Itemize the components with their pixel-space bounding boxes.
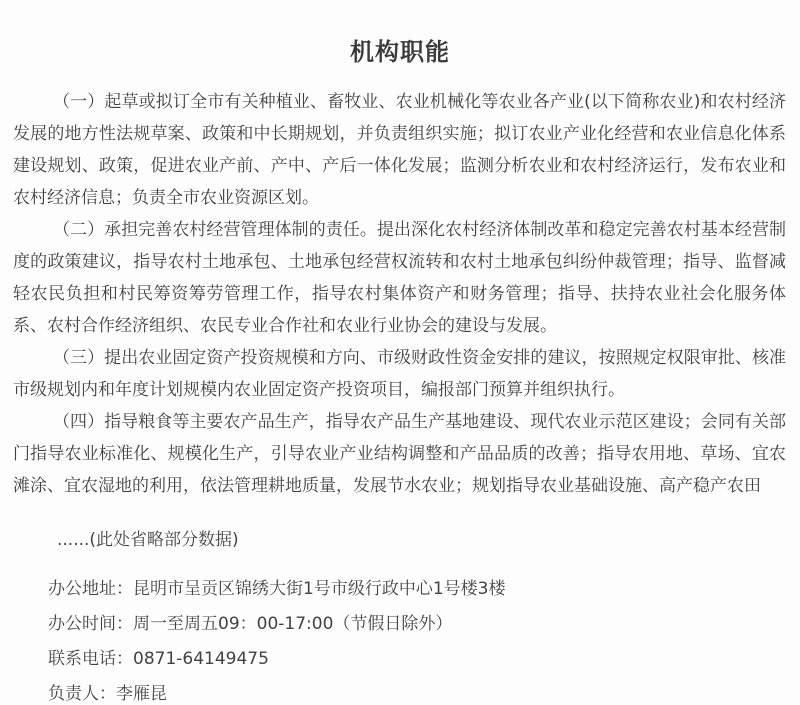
office-hours-line: 办公时间：周一至周五09：00-17:00（节假日除外） <box>48 607 800 642</box>
office-address-line: 办公地址：昆明市呈贡区锦绣大街1号市级行政中心1号楼3楼 <box>48 572 800 607</box>
function-paragraph-1: （一）起草或拟订全市有关种植业、畜牧业、农业机械化等农业各产业(以下简称农业)和… <box>13 86 786 214</box>
page-title: 机构职能 <box>0 36 800 68</box>
function-paragraph-2: （二）承担完善农村经营管理体制的责任。提出深化农村经济体制改革和稳定完善农村基本… <box>13 214 786 342</box>
responsible-person-line: 负责人：李雁昆 <box>48 677 800 705</box>
contact-phone-line: 联系电话：0871-64149475 <box>48 642 800 677</box>
functions-text-block: （一）起草或拟订全市有关种植业、畜牧业、农业机械化等农业各产业(以下简称农业)和… <box>0 86 800 502</box>
omission-note: ......(此处省略部分数据) <box>57 528 800 552</box>
contact-info-block: 办公地址：昆明市呈贡区锦绣大街1号市级行政中心1号楼3楼 办公时间：周一至周五0… <box>48 572 800 705</box>
document-page: 机构职能 （一）起草或拟订全市有关种植业、畜牧业、农业机械化等农业各产业(以下简… <box>0 0 800 705</box>
function-paragraph-4: （四）指导粮食等主要农产品生产，指导农产品生产基地建设、现代农业示范区建设；会同… <box>13 406 786 502</box>
function-paragraph-3: （三）提出农业固定资产投资规模和方向、市级财政性资金安排的建议，按照规定权限审批… <box>13 342 786 406</box>
